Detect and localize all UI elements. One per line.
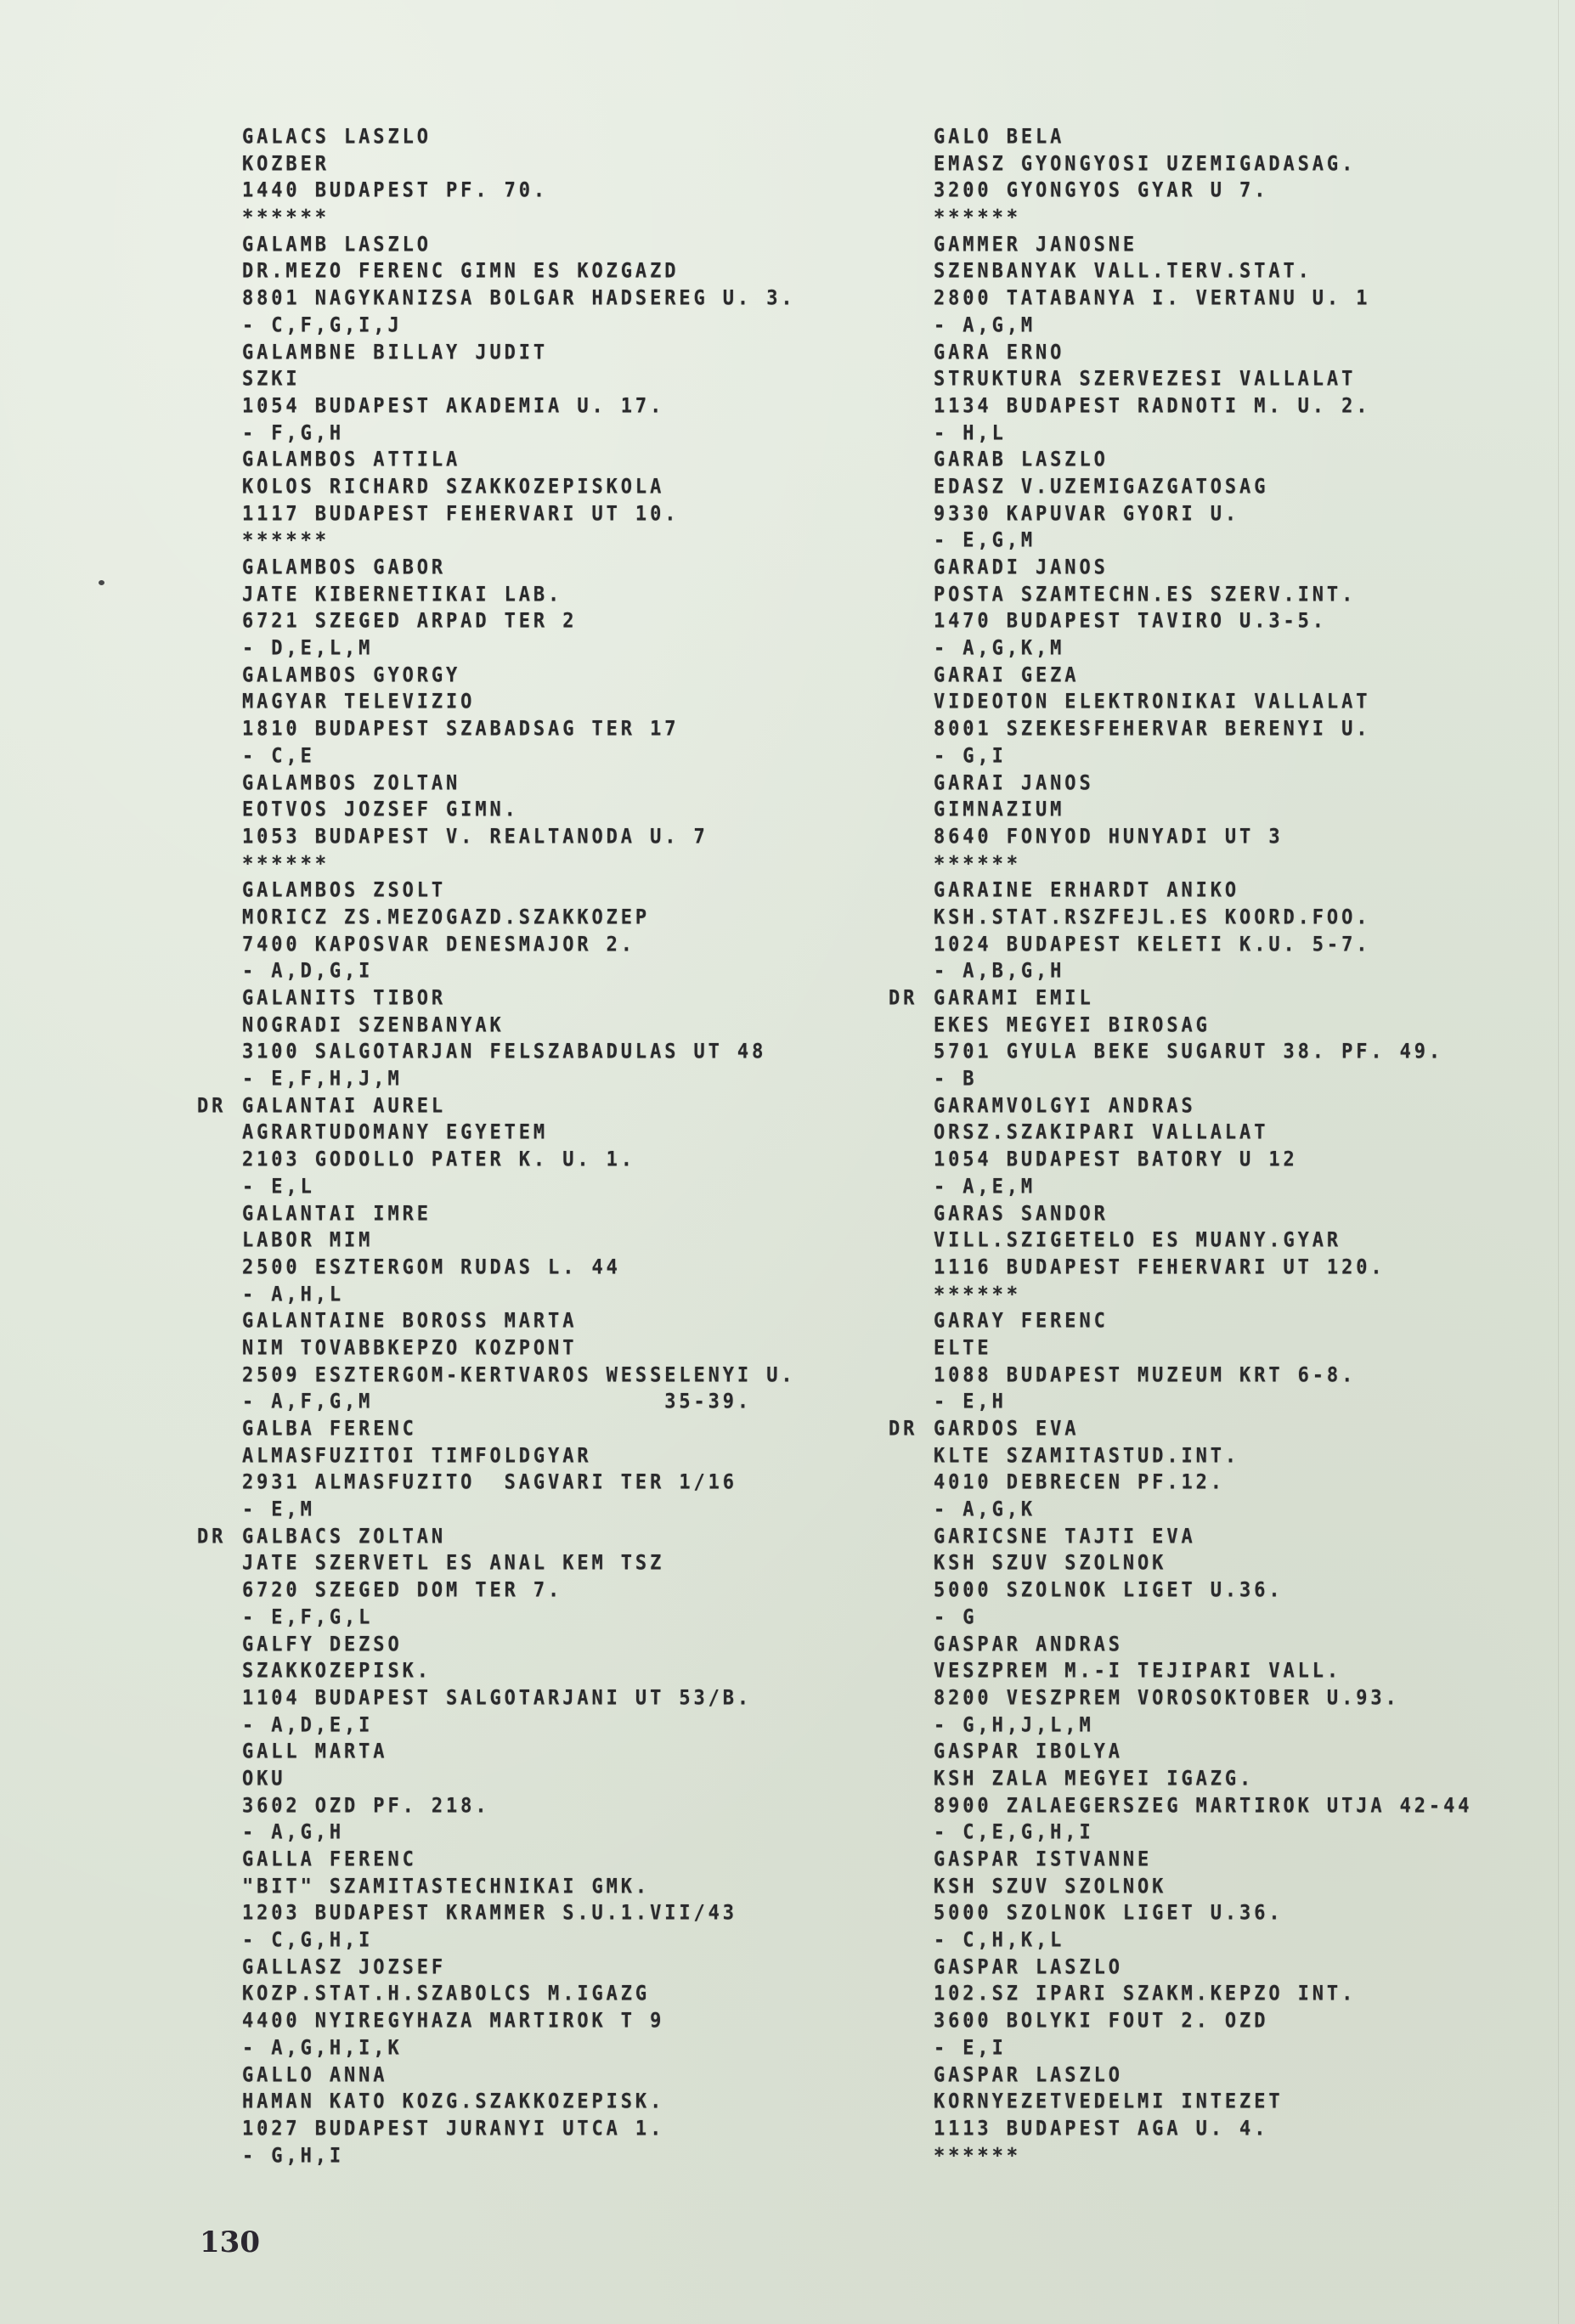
category-codes-text: - D,E,L,M <box>242 637 373 660</box>
address-line: 8900 ZALAEGERSZEG MARTIROK UTJA 42-44 <box>889 1791 1472 1820</box>
directory-line: GARAB LASZLO <box>889 446 1472 475</box>
entry-text: SZENBANYAK VALL.TERV.STAT. <box>934 260 1312 283</box>
entry-text: OKU <box>242 1768 285 1791</box>
entry-text: KSH ZALA MEGYEI IGAZG. <box>934 1768 1254 1791</box>
category-codes: - A,G,K,M <box>889 635 1472 663</box>
entry-text: GARAINE ERHARDT ANIKO <box>934 879 1239 902</box>
separator-stars: ****** <box>889 204 1472 233</box>
entry-text: 102.SZ IPARI SZAKM.KEPZO INT. <box>934 1983 1356 2005</box>
address-line-text: 8900 ZALAEGERSZEG MARTIROK UTJA 42-44 <box>934 1795 1472 1818</box>
address-line-text: 6721 SZEGED ARPAD TER 2 <box>242 610 577 633</box>
address-line-text: 5000 SZOLNOK LIGET U.36. <box>934 1902 1283 1925</box>
directory-line: GALLO ANNA <box>197 2061 796 2090</box>
category-codes-text: - C,G,H,I <box>242 1929 373 1952</box>
directory-line: GALAMBOS GYORGY <box>197 661 796 690</box>
address-line-text: 2931 ALMASFUZITO SAGVARI TER 1/16 <box>242 1471 737 1494</box>
address-line-text: 3200 GYONGYOS GYAR U 7. <box>934 179 1268 202</box>
category-codes-text: - E,L <box>242 1176 315 1199</box>
entry-text: GIMNAZIUM <box>934 798 1064 821</box>
category-codes-text: - E,I <box>934 2037 1007 2060</box>
entry-text: KSH.STAT.RSZFEJL.ES KOORD.FOO. <box>934 906 1370 929</box>
directory-line: KOLOS RICHARD SZAKKOZEPISKOLA <box>197 473 796 502</box>
entry-text: DR.MEZO FERENC GIMN ES KOZGAZD <box>242 260 679 283</box>
address-line: 1024 BUDAPEST KELETI K.U. 5-7. <box>889 930 1472 959</box>
page-edge-line <box>1558 0 1559 2324</box>
directory-line: ELTE <box>889 1334 1472 1363</box>
entry-text: LABOR MIM <box>242 1229 373 1252</box>
address-line: 2800 TATABANYA I. VERTANU U. 1 <box>889 285 1472 313</box>
directory-line: "BIT" SZAMITASTECHNIKAI GMK. <box>197 1872 796 1901</box>
directory-line: GARAS SANDOR <box>889 1199 1472 1228</box>
address-line: 8801 NAGYKANIZSA BOLGAR HADSEREG U. 3. <box>197 285 796 313</box>
category-codes-text: - E,G,M <box>934 529 1036 552</box>
directory-line: EKES MEGYEI BIROSAG <box>889 1011 1472 1040</box>
directory-line: EDASZ V.UZEMIGAZGATOSAG <box>889 473 1472 502</box>
address-line-text: 5000 SZOLNOK LIGET U.36. <box>934 1579 1283 1602</box>
address-line: 8001 SZEKESFEHERVAR BERENYI U. <box>889 715 1472 744</box>
directory-line: GALACS LASZLO <box>197 123 796 152</box>
directory-line: POSTA SZAMTECHN.ES SZERV.INT. <box>889 580 1472 609</box>
address-line: 6720 SZEGED DOM TER 7. <box>197 1577 796 1605</box>
directory-line: GASPAR IBOLYA <box>889 1738 1472 1767</box>
entry-text: EDASZ V.UZEMIGAZGATOSAG <box>934 476 1268 499</box>
entry-text: GALLA FERENC <box>242 1848 417 1871</box>
directory-line: ORSZ.SZAKIPARI VALLALAT <box>889 1119 1472 1148</box>
address-line-text: 1116 BUDAPEST FEHERVARI UT 120. <box>934 1256 1386 1279</box>
address-line: 9330 KAPUVAR GYORI U. <box>889 499 1472 528</box>
category-codes: - A,G,H <box>197 1819 796 1847</box>
directory-line: KOZP.STAT.H.SZABOLCS M.IGAZG <box>197 1980 796 2009</box>
page-number: 130 <box>200 2225 260 2259</box>
directory-line: GALLA FERENC <box>197 1846 796 1875</box>
entry-text: GALANTAI IMRE <box>242 1202 432 1225</box>
address-line: 1053 BUDAPEST V. REALTANODA U. 7 <box>197 823 796 852</box>
directory-line: GALLASZ JOZSEF <box>197 1953 796 1982</box>
address-line: 1203 BUDAPEST KRAMMER S.U.1.VII/43 <box>197 1899 796 1928</box>
directory-line: GARAY FERENC <box>889 1307 1472 1336</box>
entry-text: GARAMVOLGYI ANDRAS <box>934 1095 1196 1118</box>
entry-text: GALBACS ZOLTAN <box>242 1526 446 1548</box>
directory-line: KSH SZUV SZOLNOK <box>889 1549 1472 1578</box>
entry-text: GALAMB LASZLO <box>242 234 432 257</box>
directory-line: KSH.STAT.RSZFEJL.ES KOORD.FOO. <box>889 904 1472 933</box>
entry-text: VESZPREM M.-I TEJIPARI VALL. <box>934 1660 1341 1683</box>
directory-line: GALO BELA <box>889 123 1472 152</box>
entry-text: SZKI <box>242 368 301 391</box>
address-line: 1054 BUDAPEST AKADEMIA U. 17. <box>197 392 796 421</box>
entry-text: NOGRADI SZENBANYAK <box>242 1014 505 1037</box>
entry-text: GALANTAI AUREL <box>242 1095 446 1118</box>
entry-text: ALMASFUZITOI TIMFOLDGYAR <box>242 1445 591 1468</box>
category-codes-text: - A,G,M <box>934 314 1036 337</box>
entry-text: GARAI JANOS <box>934 771 1094 794</box>
address-line-text: 1024 BUDAPEST KELETI K.U. 5-7. <box>934 934 1370 956</box>
category-codes-text: - G,H,J,L,M <box>934 1714 1094 1737</box>
entry-text: GARA ERNO <box>934 341 1064 364</box>
entry-text: GALBA FERENC <box>242 1418 417 1441</box>
category-codes-text: - C,H,K,L <box>934 1929 1064 1952</box>
entry-text: "BIT" SZAMITASTECHNIKAI GMK. <box>242 1876 650 1898</box>
category-codes-text: - E,H <box>934 1390 1007 1413</box>
directory-line: KSH ZALA MEGYEI IGAZG. <box>889 1765 1472 1794</box>
directory-line: VESZPREM M.-I TEJIPARI VALL. <box>889 1657 1472 1686</box>
address-line: 1104 BUDAPEST SALGOTARJANI UT 53/B. <box>197 1684 796 1713</box>
address-line: 5701 GYULA BEKE SUGARUT 38. PF. 49. <box>889 1038 1472 1067</box>
entry-text: GALACS LASZLO <box>242 126 432 149</box>
address-line-text: 1104 BUDAPEST SALGOTARJANI UT 53/B. <box>242 1687 752 1710</box>
category-codes-text: - F,G,H <box>242 422 344 445</box>
address-line: 2103 GODOLLO PATER K. U. 1. <box>197 1146 796 1175</box>
address-line: 5000 SZOLNOK LIGET U.36. <box>889 1899 1472 1928</box>
address-line-text: 1054 BUDAPEST BATORY U 12 <box>934 1148 1298 1171</box>
separator-stars: ****** <box>889 1280 1472 1309</box>
category-codes: - A,D,E,I <box>197 1711 796 1740</box>
category-codes: - E,M <box>197 1496 796 1525</box>
entry-text: GASPAR ANDRAS <box>934 1633 1123 1656</box>
separator-stars: ****** <box>197 849 796 878</box>
address-line-text: 2500 ESZTERGOM RUDAS L. 44 <box>242 1256 621 1279</box>
separator-stars-text: ****** <box>934 206 1021 229</box>
address-line-text: 1027 BUDAPEST JURANYI UTCA 1. <box>242 2118 664 2141</box>
category-codes: - C,E,G,H,I <box>889 1819 1472 1847</box>
address-line-text: 1117 BUDAPEST FEHERVARI UT 10. <box>242 503 679 526</box>
directory-line: GALAMBOS ZOLTAN <box>197 769 796 798</box>
entry-text: GALFY DEZSO <box>242 1633 403 1656</box>
address-line-text: 5701 GYULA BEKE SUGARUT 38. PF. 49. <box>934 1041 1443 1063</box>
directory-line: ALMASFUZITOI TIMFOLDGYAR <box>197 1441 796 1470</box>
entry-text: KOZP.STAT.H.SZABOLCS M.IGAZG <box>242 1983 650 2005</box>
entry-text: VIDEOTON ELEKTRONIKAI VALLALAT <box>934 691 1370 714</box>
category-codes: - C,G,H,I <box>197 1926 796 1955</box>
address-line-text: 2800 TATABANYA I. VERTANU U. 1 <box>934 287 1370 310</box>
directory-line: GALANITS TIBOR <box>197 984 796 1013</box>
entry-text: AGRARTUDOMANY EGYETEM <box>242 1121 548 1144</box>
entry-text: MORICZ ZS.MEZOGAZD.SZAKKOZEP <box>242 906 650 929</box>
address-line-text: 1440 BUDAPEST PF. 70. <box>242 179 548 202</box>
separator-stars-text: ****** <box>934 1283 1021 1306</box>
category-codes-text: - C,E,G,H,I <box>934 1821 1094 1844</box>
category-codes: - E,H <box>889 1388 1472 1417</box>
directory-line: GALFY DEZSO <box>197 1630 796 1659</box>
entry-text: GALL MARTA <box>242 1740 387 1763</box>
category-codes-text: - A,H,L <box>242 1283 344 1306</box>
entry-text: GASPAR IBOLYA <box>934 1740 1123 1763</box>
address-line-text: 3600 BOLYKI FOUT 2. OZD <box>934 2010 1268 2033</box>
directory-line: SZENBANYAK VALL.TERV.STAT. <box>889 257 1472 286</box>
entry-text: GARADI JANOS <box>934 556 1109 579</box>
directory-line: GALAMBOS ATTILA <box>197 446 796 475</box>
category-codes: - G,H,J,L,M <box>889 1711 1472 1740</box>
entry-text: GALLASZ JOZSEF <box>242 1956 446 1979</box>
directory-line: GASPAR ISTVANNE <box>889 1846 1472 1875</box>
address-line: 6721 SZEGED ARPAD TER 2 <box>197 607 796 636</box>
address-line: 1810 BUDAPEST SZABADSAG TER 17 <box>197 715 796 744</box>
category-codes-text: - A,G,K <box>934 1498 1036 1521</box>
address-line: 8200 VESZPREM VOROSOKTOBER U.93. <box>889 1684 1472 1713</box>
category-codes-text: - A,G,H <box>242 1821 344 1844</box>
title-prefix: DR <box>889 1415 934 1444</box>
directory-line: DRGARDOS EVA <box>889 1415 1472 1444</box>
address-line: 3602 OZD PF. 218. <box>197 1791 796 1820</box>
title-prefix: DR <box>197 1091 242 1120</box>
category-codes-text: - G,I <box>934 745 1007 768</box>
address-line-text: 2103 GODOLLO PATER K. U. 1. <box>242 1148 635 1171</box>
address-line-text: 4010 DEBRECEN PF.12. <box>934 1471 1225 1494</box>
entry-text: GARAI GEZA <box>934 664 1079 687</box>
address-line: 3600 BOLYKI FOUT 2. OZD <box>889 2007 1472 2036</box>
category-codes: - E,G,M <box>889 527 1472 556</box>
entry-text: SZAKKOZEPISK. <box>242 1660 432 1683</box>
separator-stars: ****** <box>889 2141 1472 2170</box>
directory-line: JATE SZERVETL ES ANAL KEM TSZ <box>197 1549 796 1578</box>
separator-stars-text: ****** <box>934 853 1021 876</box>
entry-text: GALAMBOS ZOLTAN <box>242 771 460 794</box>
directory-line: GASPAR ANDRAS <box>889 1630 1472 1659</box>
address-line-text: 1054 BUDAPEST AKADEMIA U. 17. <box>242 395 664 418</box>
directory-line: GALL MARTA <box>197 1738 796 1767</box>
directory-line: VIDEOTON ELEKTRONIKAI VALLALAT <box>889 688 1472 717</box>
entry-text: GALAMBNE BILLAY JUDIT <box>242 341 548 364</box>
directory-line: NIM TOVABBKEPZO KOZPONT <box>197 1334 796 1363</box>
directory-line: GARA ERNO <box>889 338 1472 367</box>
directory-line: KOZBER <box>197 149 796 178</box>
separator-stars-text: ****** <box>934 2145 1021 2168</box>
category-codes-text: - A,D,G,I <box>242 960 373 983</box>
category-codes: - A,G,H,I,K <box>197 2034 796 2063</box>
entry-text: HAMAN KATO KOZG.SZAKKOZEPISK. <box>242 2090 664 2113</box>
directory-line: GASPAR LASZLO <box>889 1953 1472 1982</box>
entry-text: GALLO ANNA <box>242 2063 387 2086</box>
directory-line: EMASZ GYONGYOSI UZEMIGADASAG. <box>889 149 1472 178</box>
address-line-text: 3602 OZD PF. 218. <box>242 1795 489 1818</box>
separator-stars: ****** <box>197 204 796 233</box>
directory-line: KSH SZUV SZOLNOK <box>889 1872 1472 1901</box>
entry-text: GARAS SANDOR <box>934 1202 1109 1225</box>
category-codes: - F,G,H <box>197 419 796 448</box>
directory-line: JATE KIBERNETIKAI LAB. <box>197 580 796 609</box>
entry-text: JATE SZERVETL ES ANAL KEM TSZ <box>242 1552 664 1575</box>
entry-text: GALANITS TIBOR <box>242 987 446 1010</box>
category-codes: - C,H,K,L <box>889 1926 1472 1955</box>
address-line-text: 6720 SZEGED DOM TER 7. <box>242 1579 562 1602</box>
category-codes: - A,H,L <box>197 1280 796 1309</box>
entry-text: NIM TOVABBKEPZO KOZPONT <box>242 1337 577 1360</box>
address-line: 1440 BUDAPEST PF. 70. <box>197 177 796 206</box>
category-codes: - E,I <box>889 2034 1472 2063</box>
directory-line: DRGALBACS ZOLTAN <box>197 1522 796 1551</box>
address-line: 1134 BUDAPEST RADNOTI M. U. 2. <box>889 392 1472 421</box>
separator-stars-text: ****** <box>242 529 330 552</box>
address-line-text: 8801 NAGYKANIZSA BOLGAR HADSEREG U. 3. <box>242 287 796 310</box>
directory-line: GALAMBOS GABOR <box>197 554 796 583</box>
directory-line: MAGYAR TELEVIZIO <box>197 688 796 717</box>
directory-line: GALANTAI IMRE <box>197 1199 796 1228</box>
entry-text: EOTVOS JOZSEF GIMN. <box>242 798 519 821</box>
category-codes: - G,I <box>889 742 1472 771</box>
address-line: 5000 SZOLNOK LIGET U.36. <box>889 1577 1472 1605</box>
category-codes-text: - C,F,G,I,J <box>242 314 403 337</box>
entry-text: POSTA SZAMTECHN.ES SZERV.INT. <box>934 584 1356 606</box>
entry-text: JATE KIBERNETIKAI LAB. <box>242 584 562 606</box>
entry-text: ELTE <box>934 1337 992 1360</box>
directory-line: HAMAN KATO KOZG.SZAKKOZEPISK. <box>197 2088 796 2117</box>
entry-text: GASPAR ISTVANNE <box>934 1848 1152 1871</box>
address-line-text: 8200 VESZPREM VOROSOKTOBER U.93. <box>934 1687 1400 1710</box>
category-codes: - G <box>889 1604 1472 1633</box>
entry-text: GARDOS EVA <box>934 1418 1079 1441</box>
address-line: 1113 BUDAPEST AGA U. 4. <box>889 2115 1472 2144</box>
category-codes: - C,F,G,I,J <box>197 312 796 341</box>
category-codes: - B <box>889 1065 1472 1094</box>
category-codes: - A,D,G,I <box>197 957 796 986</box>
entry-text: GARAMI EMIL <box>934 987 1094 1010</box>
address-line: 1027 BUDAPEST JURANYI UTCA 1. <box>197 2115 796 2144</box>
directory-line: GARAI GEZA <box>889 661 1472 690</box>
category-codes: - E,F,G,L <box>197 1604 796 1633</box>
category-codes: - C,E <box>197 742 796 771</box>
entry-text: GALAMBOS GYORGY <box>242 664 460 687</box>
entry-text: KOLOS RICHARD SZAKKOZEPISKOLA <box>242 476 664 499</box>
directory-line: LABOR MIM <box>197 1227 796 1255</box>
title-prefix: DR <box>197 1522 242 1551</box>
address-line-text: 1470 BUDAPEST TAVIRO U.3-5. <box>934 610 1327 633</box>
directory-line: EOTVOS JOZSEF GIMN. <box>197 796 796 825</box>
category-codes-text: - E,F,G,L <box>242 1606 373 1629</box>
address-line: 3100 SALGOTARJAN FELSZABADULAS UT 48 <box>197 1038 796 1067</box>
directory-line: DRGALANTAI AUREL <box>197 1091 796 1120</box>
address-line-text: 3100 SALGOTARJAN FELSZABADULAS UT 48 <box>242 1041 766 1063</box>
entry-text: GALO BELA <box>934 126 1064 149</box>
directory-line: STRUKTURA SZERVEZESI VALLALAT <box>889 365 1472 394</box>
entry-text: MAGYAR TELEVIZIO <box>242 691 475 714</box>
category-codes-text: - B <box>934 1068 977 1091</box>
address-line-text: 1134 BUDAPEST RADNOTI M. U. 2. <box>934 395 1370 418</box>
category-codes: - A,E,M <box>889 1173 1472 1202</box>
directory-line: MORICZ ZS.MEZOGAZD.SZAKKOZEP <box>197 904 796 933</box>
address-line-text: 8001 SZEKESFEHERVAR BERENYI U. <box>934 718 1370 741</box>
directory-line: DR.MEZO FERENC GIMN ES KOZGAZD <box>197 257 796 286</box>
address-line: 2931 ALMASFUZITO SAGVARI TER 1/16 <box>197 1469 796 1498</box>
category-codes-text: - G <box>934 1606 977 1629</box>
category-codes-text: - A,G,H,I,K <box>242 2037 403 2060</box>
address-line: 1117 BUDAPEST FEHERVARI UT 10. <box>197 499 796 528</box>
category-codes-text: - C,E <box>242 745 315 768</box>
category-codes-text: - E,M <box>242 1498 315 1521</box>
entry-text: GASPAR LASZLO <box>934 2063 1123 2086</box>
entry-text: GALAMBOS GABOR <box>242 556 446 579</box>
directory-line: NOGRADI SZENBANYAK <box>197 1011 796 1040</box>
separator-stars-text: ****** <box>242 206 330 229</box>
address-line-text: 9330 KAPUVAR GYORI U. <box>934 503 1239 526</box>
directory-line: 102.SZ IPARI SZAKM.KEPZO INT. <box>889 1980 1472 2009</box>
directory-line: GALAMBOS ZSOLT <box>197 877 796 905</box>
category-codes-text: - A,B,G,H <box>934 960 1064 983</box>
category-codes-text: - G,H,I <box>242 2145 344 2168</box>
category-codes: - H,L <box>889 419 1472 448</box>
directory-line: KLTE SZAMITASTUD.INT. <box>889 1441 1472 1470</box>
category-codes-text: - E,F,H,J,M <box>242 1068 403 1091</box>
category-codes: - A,F,G,M 35-39. <box>197 1388 796 1417</box>
directory-line: GALBA FERENC <box>197 1415 796 1444</box>
separator-stars: ****** <box>197 527 796 556</box>
directory-column-right: GALO BELAEMASZ GYONGYOSI UZEMIGADASAG.32… <box>889 124 1472 2169</box>
address-line: 1088 BUDAPEST MUZEUM KRT 6-8. <box>889 1361 1472 1390</box>
address-line: 8640 FONYOD HUNYADI UT 3 <box>889 823 1472 852</box>
directory-line: SZAKKOZEPISK. <box>197 1657 796 1686</box>
category-codes-text: - A,F,G,M 35-39. <box>242 1390 752 1413</box>
entry-text: ORSZ.SZAKIPARI VALLALAT <box>934 1121 1268 1144</box>
entry-text: GASPAR LASZLO <box>934 1956 1123 1979</box>
category-codes: - A,G,K <box>889 1496 1472 1525</box>
entry-text: KORNYEZETVEDELMI INTEZET <box>934 2090 1283 2113</box>
directory-line: VILL.SZIGETELO ES MUANY.GYAR <box>889 1227 1472 1255</box>
category-codes: - G,H,I <box>197 2141 796 2170</box>
address-line-text: 7400 KAPOSVAR DENESMAJOR 2. <box>242 934 635 956</box>
category-codes-text: - A,D,E,I <box>242 1714 373 1737</box>
address-line: 4010 DEBRECEN PF.12. <box>889 1469 1472 1498</box>
directory-line: GIMNAZIUM <box>889 796 1472 825</box>
entry-text: GALAMBOS ZSOLT <box>242 879 446 902</box>
paper-speck <box>99 580 104 585</box>
directory-line: GARAI JANOS <box>889 769 1472 798</box>
directory-line: GASPAR LASZLO <box>889 2061 1472 2090</box>
entry-text: GALANTAINE BOROSS MARTA <box>242 1310 577 1333</box>
address-line-text: 4400 NYIREGYHAZA MARTIROK T 9 <box>242 2010 664 2033</box>
entry-text: EKES MEGYEI BIROSAG <box>934 1014 1211 1037</box>
category-codes: - D,E,L,M <box>197 635 796 663</box>
entry-text: KSH SZUV SZOLNOK <box>934 1552 1166 1575</box>
entry-text: GALAMBOS ATTILA <box>242 448 460 471</box>
category-codes-text: - A,G,K,M <box>934 637 1064 660</box>
directory-line: DRGARAMI EMIL <box>889 984 1472 1013</box>
directory-column-left: GALACS LASZLOKOZBER1440 BUDAPEST PF. 70.… <box>197 124 796 2169</box>
directory-line: GALANTAINE BOROSS MARTA <box>197 1307 796 1336</box>
entry-text: GARAB LASZLO <box>934 448 1109 471</box>
address-line-text: 1088 BUDAPEST MUZEUM KRT 6-8. <box>934 1364 1356 1387</box>
address-line-text: 2509 ESZTERGOM-KERTVAROS WESSELENYI U. <box>242 1364 796 1387</box>
address-line: 1054 BUDAPEST BATORY U 12 <box>889 1146 1472 1175</box>
entry-text: GARAY FERENC <box>934 1310 1109 1333</box>
directory-line: GAMMER JANOSNE <box>889 230 1472 259</box>
address-line-text: 1113 BUDAPEST AGA U. 4. <box>934 2118 1268 2141</box>
address-line: 2500 ESZTERGOM RUDAS L. 44 <box>197 1254 796 1283</box>
directory-line: GARADI JANOS <box>889 554 1472 583</box>
address-line: 4400 NYIREGYHAZA MARTIROK T 9 <box>197 2007 796 2036</box>
category-codes-text: - H,L <box>934 422 1007 445</box>
entry-text: KOZBER <box>242 153 330 176</box>
category-codes: - A,B,G,H <box>889 957 1472 986</box>
entry-text: EMASZ GYONGYOSI UZEMIGADASAG. <box>934 153 1356 176</box>
directory-line: GARAMVOLGYI ANDRAS <box>889 1091 1472 1120</box>
entry-text: GARICSNE TAJTI EVA <box>934 1526 1196 1548</box>
entry-text: KSH SZUV SZOLNOK <box>934 1876 1166 1898</box>
address-line-text: 1810 BUDAPEST SZABADSAG TER 17 <box>242 718 679 741</box>
address-line-text: 8640 FONYOD HUNYADI UT 3 <box>934 826 1283 849</box>
directory-line: AGRARTUDOMANY EGYETEM <box>197 1119 796 1148</box>
entry-text: STRUKTURA SZERVEZESI VALLALAT <box>934 368 1356 391</box>
title-prefix: DR <box>889 984 934 1013</box>
directory-line: GALAMBNE BILLAY JUDIT <box>197 338 796 367</box>
directory-line: OKU <box>197 1765 796 1794</box>
address-line: 1470 BUDAPEST TAVIRO U.3-5. <box>889 607 1472 636</box>
address-line: 2509 ESZTERGOM-KERTVAROS WESSELENYI U. <box>197 1361 796 1390</box>
directory-line: GALAMB LASZLO <box>197 230 796 259</box>
directory-line: GARICSNE TAJTI EVA <box>889 1522 1472 1551</box>
directory-line: SZKI <box>197 365 796 394</box>
entry-text: GAMMER JANOSNE <box>934 234 1137 257</box>
category-codes: - E,L <box>197 1173 796 1202</box>
separator-stars: ****** <box>889 849 1472 878</box>
